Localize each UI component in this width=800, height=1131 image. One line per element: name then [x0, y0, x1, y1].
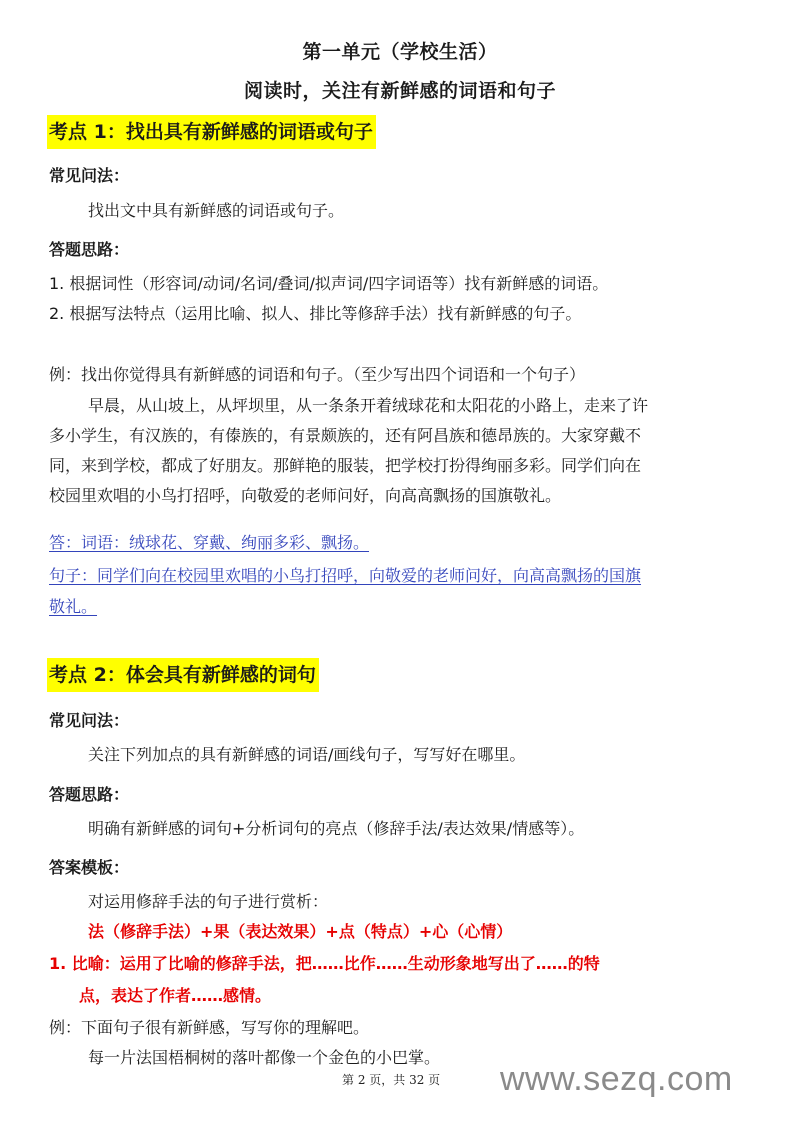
section1-example-prompt: 例：找出你觉得具有新鲜感的词语和句子。（至少写出四个词语和一个句子）: [49, 362, 585, 385]
passage-line-4: 校园里欢唱的小鸟打招呼，向敬爱的老师问好，向高高飘扬的国旗敬礼。: [49, 481, 749, 511]
section2-question-text: 关注下列加点的具有新鲜感的词语/画线句子，写写好在哪里。: [88, 742, 525, 765]
answer-formula: 法（修辞手法）+果（表达效果）+点（特点）+心（心情）: [88, 919, 512, 942]
page-number: 第 2 页，共 32 页: [342, 1071, 440, 1088]
section1-heading: 考点 1：找出具有新鲜感的词语或句子: [47, 115, 376, 149]
metaphor-template-line-2: 点，表达了作者……感情。: [79, 983, 271, 1006]
passage-line-3: 同，来到学校，都成了好朋友。那鲜艳的服装，把学校打扮得绚丽多彩。同学们向在: [49, 451, 749, 481]
section2-heading: 考点 2：体会具有新鲜感的词句: [47, 658, 319, 692]
section2-example-sentence: 每一片法国梧桐树的落叶都像一个金色的小巴掌。: [88, 1045, 440, 1068]
unit-title: 第一单元（学校生活）: [0, 37, 800, 64]
answer-template-intro: 对运用修辞手法的句子进行赏析：: [88, 889, 328, 912]
section2-approach-text: 明确有新鲜感的词句+分析词句的亮点（修辞手法/表达效果/情感等）。: [88, 816, 584, 839]
answer-sentence-line-2: 敬礼。: [49, 594, 97, 617]
section2-question-label: 常见问法：: [49, 708, 129, 731]
answer-template-label: 答案模板：: [49, 855, 129, 878]
passage-line-1: 早晨，从山坡上，从坪坝里，从一条条开着绒球花和太阳花的小路上，走来了许: [49, 391, 749, 421]
answer-sentence-line-1: 句子：同学们向在校园里欢唱的小鸟打招呼，向敬爱的老师问好，向高高飘扬的国旗: [49, 563, 641, 586]
section1-approach-label: 答题思路：: [49, 237, 129, 260]
section1-question-text: 找出文中具有新鲜感的词语或句子。: [88, 198, 344, 221]
answer-words: 答：词语：绒球花、穿戴、绚丽多彩、飘扬。: [49, 530, 369, 553]
watermark: www.sezq.com: [500, 1060, 733, 1099]
section1-question-label: 常见问法：: [49, 163, 129, 186]
section2-example-prompt: 例：下面句子很有新鲜感，写写你的理解吧。: [49, 1015, 369, 1038]
metaphor-template-line-1: 1. 比喻：运用了比喻的修辞手法，把……比作……生动形象地写出了……的特: [49, 951, 600, 974]
example-passage: 早晨，从山坡上，从坪坝里，从一条条开着绒球花和太阳花的小路上，走来了许 多小学生…: [49, 391, 749, 511]
section2-approach-label: 答题思路：: [49, 782, 129, 805]
section1-approach-item-1: 1. 根据词性（形容词/动词/名词/叠词/拟声词/四字词语等）找有新鲜感的词语。: [49, 271, 608, 294]
unit-subtitle: 阅读时，关注有新鲜感的词语和句子: [0, 76, 800, 103]
section1-approach-item-2: 2. 根据写法特点（运用比喻、拟人、排比等修辞手法）找有新鲜感的句子。: [49, 301, 581, 324]
document-page: 第一单元（学校生活） 阅读时，关注有新鲜感的词语和句子 考点 1：找出具有新鲜感…: [0, 0, 800, 1131]
passage-line-2: 多小学生，有汉族的，有傣族的，有景颇族的，还有阿昌族和德昂族的。大家穿戴不: [49, 421, 749, 451]
